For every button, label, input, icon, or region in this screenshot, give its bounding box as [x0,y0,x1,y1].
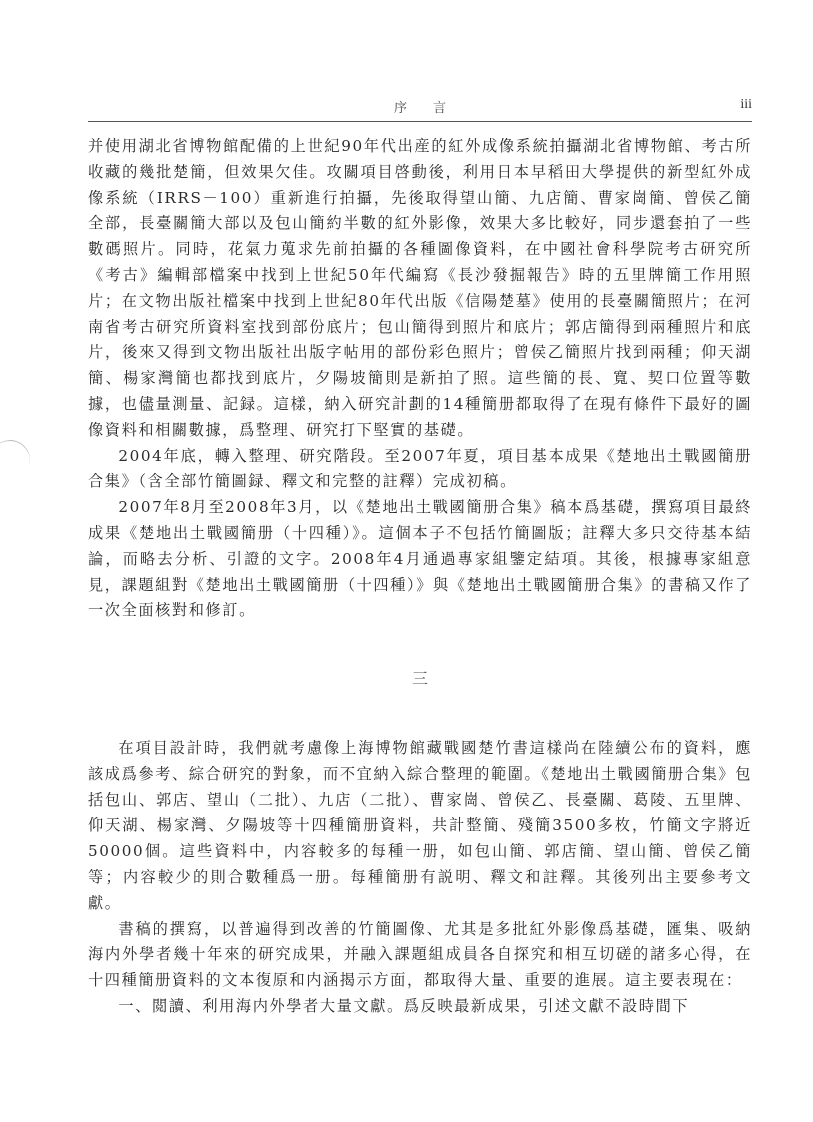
paragraph: 2007年8月至2008年3月，以《楚地出土戰國簡册合集》稿本爲基礎，撰寫項目最… [88,495,752,624]
page-number: iii [740,97,752,113]
paragraph: 并使用湖北省博物館配備的上世紀90年代出産的紅外成像系統拍攝湖北省博物館、考古所… [88,134,752,444]
paragraph: 一、閲讀、利用海内外學者大量文獻。爲反映最新成果，引述文獻不設時間下 [88,994,752,1020]
page-edge-artifact [0,434,36,486]
page-header: 序言 iii [88,97,752,119]
body-text: 并使用湖北省博物館配備的上世紀90年代出産的紅外成像系統拍攝湖北省博物館、考古所… [88,134,752,1020]
paragraph: 在項目設計時，我們就考慮像上海博物館藏戰國楚竹書這樣尚在陸續公布的資料，應該成爲… [88,736,752,917]
paragraph: 2004年底，轉入整理、研究階段。至2007年夏，項目基本成果《楚地出土戰國簡册… [88,444,752,496]
running-title: 序言 [88,97,752,116]
header-rule [88,121,752,122]
section-heading: 三 [88,666,752,692]
paragraph: 書稿的撰寫，以普遍得到改善的竹簡圖像、尤其是多批紅外影像爲基礎，匯集、吸納海内外… [88,917,752,994]
